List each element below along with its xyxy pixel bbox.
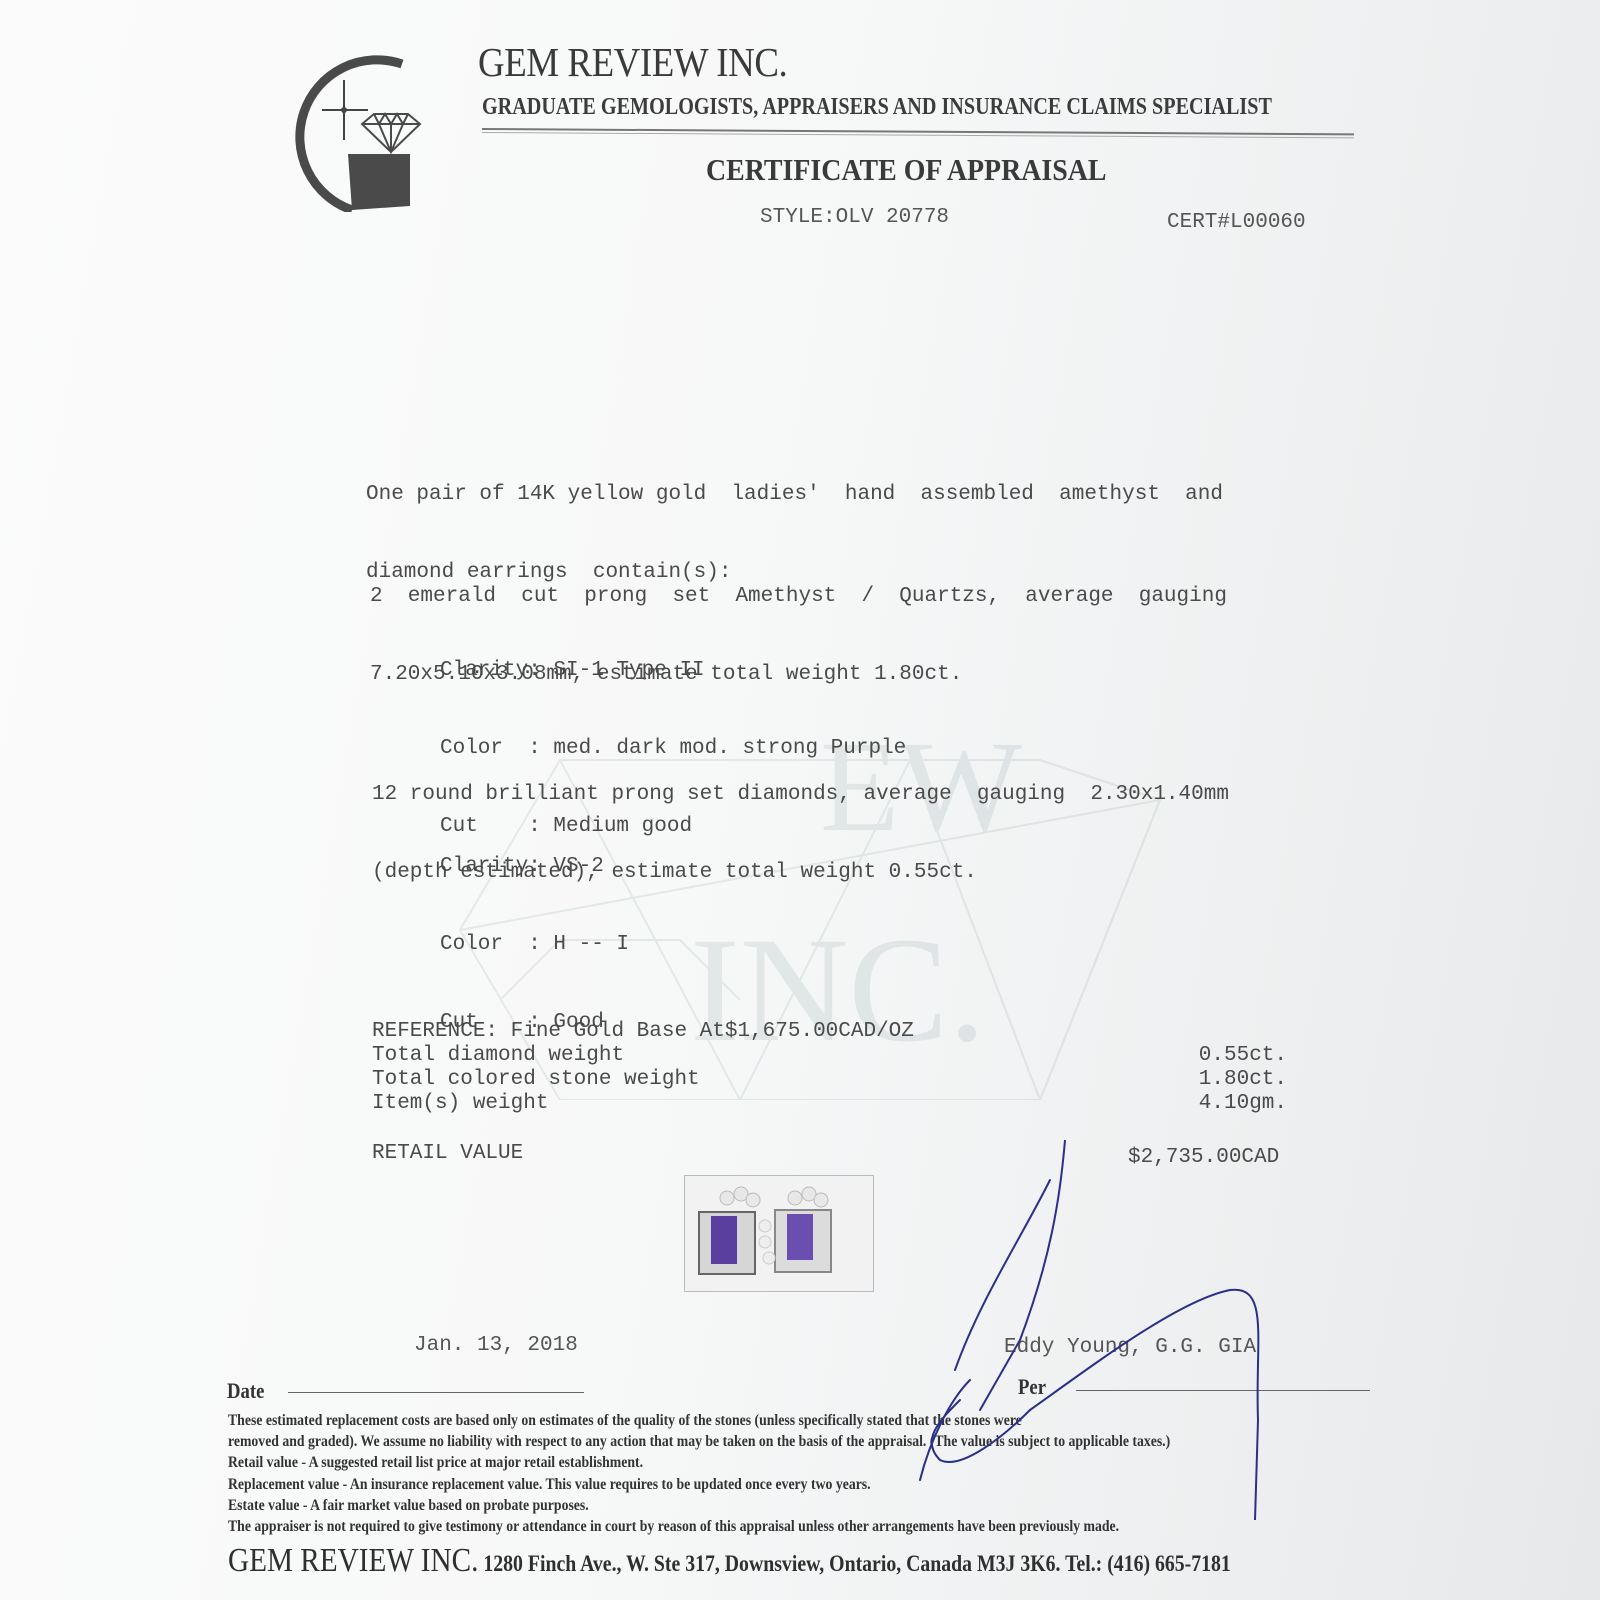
date-signature-line — [288, 1392, 584, 1393]
style-number: STYLE:OLV 20778 — [760, 206, 949, 229]
company-name: GEM REVIEW INC. — [478, 38, 787, 86]
summary-value: 4.10gm. — [1199, 1092, 1287, 1116]
reference-line: REFERENCE: Fine Gold Base At$1,675.00CAD… — [372, 1020, 1287, 1044]
cert-number: CERT#L00060 — [1167, 211, 1306, 234]
footer-address-text: 1280 Finch Ave., W. Ste 317, Downsview, … — [478, 1551, 1230, 1576]
summary-row: Total diamond weight0.55ct. — [372, 1044, 1287, 1068]
summary-label: Total colored stone weight — [372, 1068, 700, 1092]
header-divider — [482, 128, 1354, 138]
disclaimer: These estimated replacement costs are ba… — [228, 1410, 1170, 1537]
earrings-photo — [684, 1175, 874, 1292]
summary-value: 1.80ct. — [1199, 1068, 1287, 1092]
disclaimer-line: Estate value - A fair market value based… — [228, 1495, 1170, 1516]
per-signature-line — [1076, 1390, 1370, 1391]
weights-summary: REFERENCE: Fine Gold Base At$1,675.00CAD… — [372, 1020, 1287, 1116]
document-title: CERTIFICATE OF APPRAISAL — [706, 152, 1107, 188]
summary-row: Total colored stone weight1.80ct. — [372, 1068, 1287, 1092]
reference-text: REFERENCE: Fine Gold Base At$1,675.00CAD… — [372, 1020, 914, 1044]
disclaimer-line: removed and graded). We assume no liabil… — [228, 1431, 1170, 1452]
gem-g-logo-icon — [282, 42, 432, 212]
summary-label: Total diamond weight — [372, 1044, 624, 1068]
color-grade: Color : H -- I — [440, 932, 629, 958]
appraisal-date: Jan. 13, 2018 — [414, 1334, 578, 1357]
date-label: Date — [227, 1378, 264, 1404]
company-tagline: GRADUATE GEMOLOGISTS, APPRAISERS AND INS… — [482, 94, 1272, 121]
per-label: Per — [1018, 1374, 1046, 1400]
summary-label: Item(s) weight — [372, 1092, 548, 1116]
footer-address: GEM REVIEW INC. 1280 Finch Ave., W. Ste … — [228, 1542, 1231, 1580]
retail-value-label: RETAIL VALUE — [372, 1142, 523, 1165]
item-description-line: One pair of 14K yellow gold ladies' hand… — [366, 482, 1223, 508]
summary-value: 0.55ct. — [1199, 1044, 1287, 1068]
clarity-grade: Clarity: VS-2 — [440, 854, 629, 880]
disclaimer-line: Retail value - A suggested retail list p… — [228, 1452, 1170, 1473]
disclaimer-line: The appraiser is not required to give te… — [228, 1516, 1170, 1537]
retail-value-amount: $2,735.00CAD — [1128, 1146, 1279, 1169]
appraiser-name: Eddy Young, G.G. GIA — [1004, 1336, 1256, 1359]
disclaimer-line: Replacement value - An insurance replace… — [228, 1474, 1170, 1495]
footer-company-name: GEM REVIEW INC. — [228, 1542, 478, 1579]
disclaimer-line: These estimated replacement costs are ba… — [228, 1410, 1170, 1431]
clarity-grade: Clarity: SI-1 Type II — [440, 658, 906, 684]
summary-row: Item(s) weight4.10gm. — [372, 1092, 1287, 1116]
